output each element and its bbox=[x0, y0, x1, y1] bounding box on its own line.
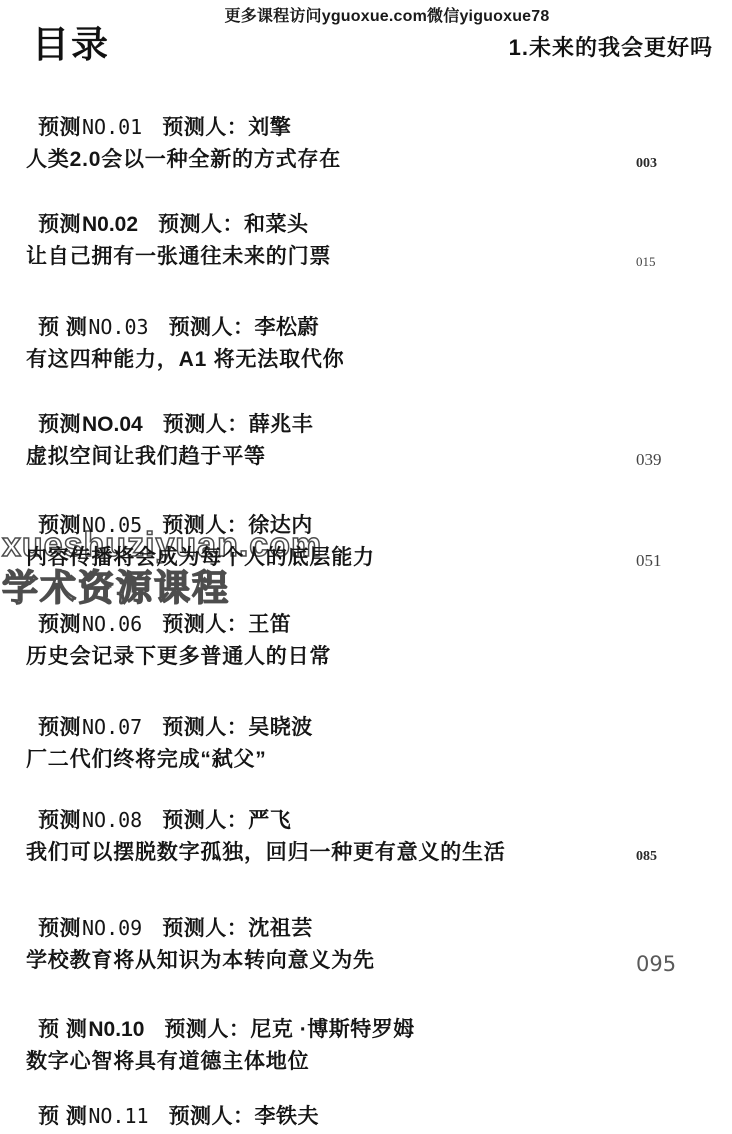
entry-prefix: 预 测 bbox=[38, 1105, 87, 1128]
toc-entry-label: 预测NO.05预测人：徐达内 bbox=[0, 514, 732, 537]
toc-entry-label: 预测N0.02预测人：和菜头 bbox=[0, 213, 732, 236]
toc-entry-title-row: 有这四种能力，A1 将无法取代你 bbox=[0, 347, 732, 372]
entry-title: 历史会记录下更多普通人的日常 bbox=[26, 645, 331, 668]
entry-author: 预测人：李铁夫 bbox=[169, 1105, 320, 1128]
entry-author: 预测人：王笛 bbox=[162, 613, 291, 636]
toc-entry-title-row: 历史会记录下更多普通人的日常 bbox=[0, 644, 732, 669]
toc-entry-title-row: 虚拟空间让我们趋于平等 bbox=[0, 444, 732, 469]
entry-prefix: 预 测 bbox=[38, 316, 87, 339]
toc-entry-label: 预 测NO.11预测人：李铁夫 bbox=[0, 1105, 732, 1128]
toc-entry-title-row: 学校教育将从知识为本转向意义为先 bbox=[0, 948, 732, 973]
toc-entry-label: 预测NO.09预测人：沈祖芸 bbox=[0, 917, 732, 940]
entry-number: NO.09 bbox=[82, 916, 142, 940]
entry-page-number: 039 bbox=[636, 450, 662, 470]
toc-entry-title-row: 人类2.0会以一种全新的方式存在 bbox=[0, 147, 732, 172]
toc-entry: 预测NO.06预测人：王笛 历史会记录下更多普通人的日常 bbox=[0, 613, 732, 669]
entry-prefix: 预测 bbox=[38, 514, 81, 537]
toc-entry: 预测NO.01预测人：刘擎 人类2.0会以一种全新的方式存在 003 bbox=[0, 116, 732, 172]
entry-author: 预测人：薛兆丰 bbox=[163, 413, 314, 436]
toc-entry: 预 测NO.11预测人：李铁夫 bbox=[0, 1105, 732, 1134]
toc-entry-label: 预测NO.01预测人：刘擎 bbox=[0, 116, 732, 139]
toc-entry: 预测NO.05预测人：徐达内 内容传播将会成为每个人的底层能力 051 bbox=[0, 514, 732, 570]
entry-author: 预测人：李松蔚 bbox=[169, 316, 320, 339]
toc-entry-title-row: 让自己拥有一张通往未来的门票 bbox=[0, 244, 732, 269]
entry-author: 预测人：徐达内 bbox=[162, 514, 313, 537]
toc-entry: 预 测N0.10预测人：尼克 ·博斯特罗姆 数字心智将具有道德主体地位 bbox=[0, 1018, 732, 1074]
entry-number: NO.03 bbox=[88, 315, 148, 339]
toc-entry: 预 测NO.03预测人：李松蔚 有这四种能力，A1 将无法取代你 bbox=[0, 316, 732, 372]
entry-author: 预测人：尼克 ·博斯特罗姆 bbox=[164, 1018, 414, 1041]
entry-title: 我们可以摆脱数字孤独，回归一种更有意义的生活 bbox=[26, 841, 506, 864]
entry-prefix: 预测 bbox=[38, 809, 81, 832]
entry-author: 预测人：沈祖芸 bbox=[162, 917, 313, 940]
entry-page-number: 015 bbox=[636, 254, 656, 270]
entry-prefix: 预测 bbox=[38, 413, 81, 436]
toc-entry-label: 预 测NO.03预测人：李松蔚 bbox=[0, 316, 732, 339]
entry-title: 厂二代们终将完成“弑父” bbox=[26, 748, 267, 771]
entry-page-number: 003 bbox=[636, 156, 657, 172]
table-of-contents: 预测NO.01预测人：刘擎 人类2.0会以一种全新的方式存在 003 预测N0.… bbox=[0, 0, 732, 1134]
entry-author: 预测人：严飞 bbox=[162, 809, 291, 832]
entry-prefix: 预测 bbox=[38, 613, 81, 636]
toc-entry: 预测NO.08预测人：严飞 我们可以摆脱数字孤独，回归一种更有意义的生活 085 bbox=[0, 809, 732, 865]
toc-entry-label: 预测NO.04预测人：薛兆丰 bbox=[0, 413, 732, 436]
toc-entry-title-row: 我们可以摆脱数字孤独，回归一种更有意义的生活 bbox=[0, 840, 732, 865]
entry-title: 让自己拥有一张通往未来的门票 bbox=[26, 245, 331, 268]
toc-entry-title-row: 厂二代们终将完成“弑父” bbox=[0, 747, 732, 772]
toc-entry: 预测NO.04预测人：薛兆丰 虚拟空间让我们趋于平等 039 bbox=[0, 413, 732, 469]
toc-entry-label: 预测NO.08预测人：严飞 bbox=[0, 809, 732, 832]
toc-entry: 预测N0.02预测人：和菜头 让自己拥有一张通往未来的门票 015 bbox=[0, 213, 732, 269]
toc-entry-title-row: 内容传播将会成为每个人的底层能力 bbox=[0, 545, 732, 570]
toc-entry-label: 预测NO.06预测人：王笛 bbox=[0, 613, 732, 636]
entry-prefix: 预测 bbox=[38, 213, 81, 236]
entry-title: 有这四种能力，A1 将无法取代你 bbox=[26, 348, 344, 371]
entry-title: 人类2.0会以一种全新的方式存在 bbox=[26, 148, 341, 171]
entry-author: 预测人：刘擎 bbox=[162, 116, 291, 139]
entry-number: NO.06 bbox=[82, 612, 142, 636]
toc-entry-title-row: 数字心智将具有道德主体地位 bbox=[0, 1049, 732, 1074]
entry-title: 虚拟空间让我们趋于平等 bbox=[26, 445, 266, 468]
entry-number: NO.11 bbox=[88, 1104, 148, 1128]
entry-author: 预测人：和菜头 bbox=[158, 213, 309, 236]
entry-number: N0.10 bbox=[88, 1018, 144, 1041]
entry-page-number: 095 bbox=[636, 952, 676, 976]
entry-prefix: 预测 bbox=[38, 716, 81, 739]
entry-page-number: 085 bbox=[636, 849, 657, 865]
entry-number: NO.05 bbox=[82, 513, 142, 537]
toc-entry-label: 预 测N0.10预测人：尼克 ·博斯特罗姆 bbox=[0, 1018, 732, 1041]
entry-author: 预测人：吴晓波 bbox=[162, 716, 313, 739]
toc-entry-label: 预测NO.07预测人：吴晓波 bbox=[0, 716, 732, 739]
entry-number: NO.07 bbox=[82, 715, 142, 739]
entry-page-number: 051 bbox=[636, 551, 662, 571]
entry-number: NO.04 bbox=[82, 413, 143, 436]
entry-number: NO.01 bbox=[82, 115, 142, 139]
toc-entry: 预测NO.09预测人：沈祖芸 学校教育将从知识为本转向意义为先 095 bbox=[0, 917, 732, 973]
toc-entry: 预测NO.07预测人：吴晓波 厂二代们终将完成“弑父” bbox=[0, 716, 732, 772]
entry-number: N0.02 bbox=[82, 213, 138, 236]
entry-prefix: 预测 bbox=[38, 116, 81, 139]
entry-title: 数字心智将具有道德主体地位 bbox=[26, 1050, 309, 1073]
entry-prefix: 预 测 bbox=[38, 1018, 87, 1041]
entry-title: 学校教育将从知识为本转向意义为先 bbox=[26, 949, 375, 972]
entry-number: NO.08 bbox=[82, 808, 142, 832]
entry-title: 内容传播将会成为每个人的底层能力 bbox=[26, 546, 375, 569]
entry-prefix: 预测 bbox=[38, 917, 81, 940]
